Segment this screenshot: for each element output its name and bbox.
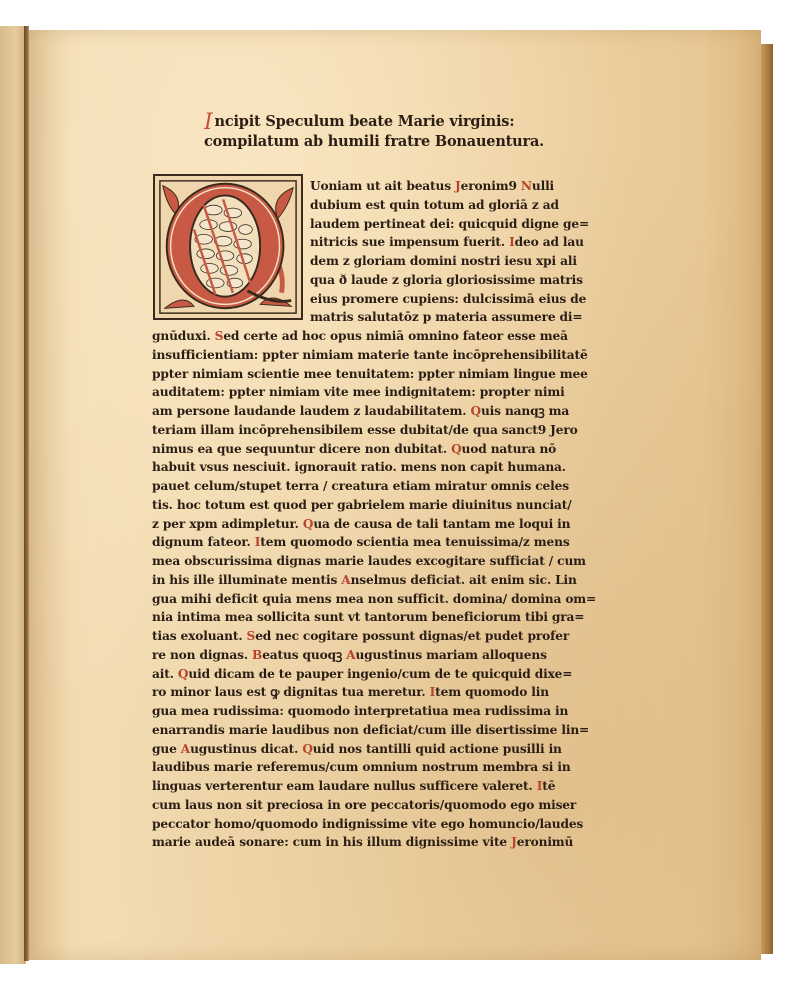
text-line: dem z gloriam domini nostri iesu xpi ali: [152, 252, 612, 271]
text-line: mea obscurissima dignas marie laudes exc…: [152, 552, 612, 571]
text-line: marie audeā sonare: cum in his illum dig…: [152, 833, 612, 852]
text-line: tias exoluant. Sed nec cogitare possunt …: [152, 627, 612, 646]
text-line: gue Augustinus dicat. Quid nos tantilli …: [152, 740, 612, 759]
text-line: teriam illam incōprehensibilem esse dubi…: [152, 421, 612, 440]
text-line: ppter nimiam scientie mee tenuitatem: pp…: [152, 365, 612, 384]
text-line: enarrandis marie laudibus non deficiat/c…: [152, 721, 612, 740]
text-line: matris salutatōz p materia assumere di=: [152, 308, 612, 327]
text-line: pauet celum/stupet terra / creatura etia…: [152, 477, 612, 496]
text-line: auditatem: ppter nimiam vite mee indigni…: [152, 383, 612, 402]
text-line: dignum fateor. Item quomodo scientia mea…: [152, 533, 612, 552]
incipit-line-2: compilatum ab humili fratre Bonauentura.: [204, 132, 584, 151]
text-line: z per xpm adimpletur. Qua de causa de ta…: [152, 515, 612, 534]
text-line: peccator homo/quomodo indignissime vite …: [152, 815, 612, 834]
incipit-text-1: ncipit Speculum beate Marie virginis:: [215, 113, 515, 130]
incipit-line-1: Incipit Speculum beate Marie virginis:: [204, 112, 584, 132]
page-fore-edge: [761, 44, 773, 954]
incipit-heading: Incipit Speculum beate Marie virginis: c…: [204, 112, 584, 151]
text-line: Uoniam ut ait beatus Jeronim9 Nulli: [152, 177, 612, 196]
text-line: ro minor laus est ꝙ dignitas tua meretur…: [152, 683, 612, 702]
left-book-cover-edge: [0, 26, 26, 964]
text-line: nimus ea que sequuntur dicere non dubita…: [152, 440, 612, 459]
text-line: gnūduxi. Sed certe ad hoc opus nimiā omn…: [152, 327, 612, 346]
text-line: gua mea rudissima: quomodo interpretatiu…: [152, 702, 612, 721]
text-line: qua ð laude z gloria gloriosissime matri…: [152, 271, 612, 290]
text-line: linguas verterentur eam laudare nullus s…: [152, 777, 612, 796]
gutter-shadow: [29, 30, 69, 960]
text-line: nia intima mea sollicita sunt vt tantoru…: [152, 608, 612, 627]
rubric-initial-i: I: [204, 113, 213, 132]
text-line: habuit vsus nesciuit. ignorauit ratio. m…: [152, 458, 612, 477]
body-text: Uoniam ut ait beatus Jeronim9 Nulli dubi…: [152, 177, 612, 852]
text-line: laudem pertineat dei: quicquid digne ge=: [152, 215, 612, 234]
text-line: re non dignas. Beatus quoqꝫ Augustinus m…: [152, 646, 612, 665]
text-line: ait. Quid dicam de te pauper ingenio/cum…: [152, 665, 612, 684]
text-line: dubium est quin totum ad gloriā z ad: [152, 196, 612, 215]
text-line: eius promere cupiens: dulcissimā eius de: [152, 290, 612, 309]
text-line: insufficientiam: ppter nimiam materie ta…: [152, 346, 612, 365]
text-line: nitricis sue impensum fuerit. Ideo ad la…: [152, 233, 612, 252]
text-line: am persone laudande laudem z laudabilita…: [152, 402, 612, 421]
text-line: in his ille illuminate mentis Anselmus d…: [152, 571, 612, 590]
text-line: gua mihi deficit quia mens mea non suffi…: [152, 590, 612, 609]
text-line: cum laus non sit preciosa in ore peccato…: [152, 796, 612, 815]
text-line: tis. hoc totum est quod per gabrielem ma…: [152, 496, 612, 515]
text-line: laudibus marie referemus/cum omnium nost…: [152, 758, 612, 777]
